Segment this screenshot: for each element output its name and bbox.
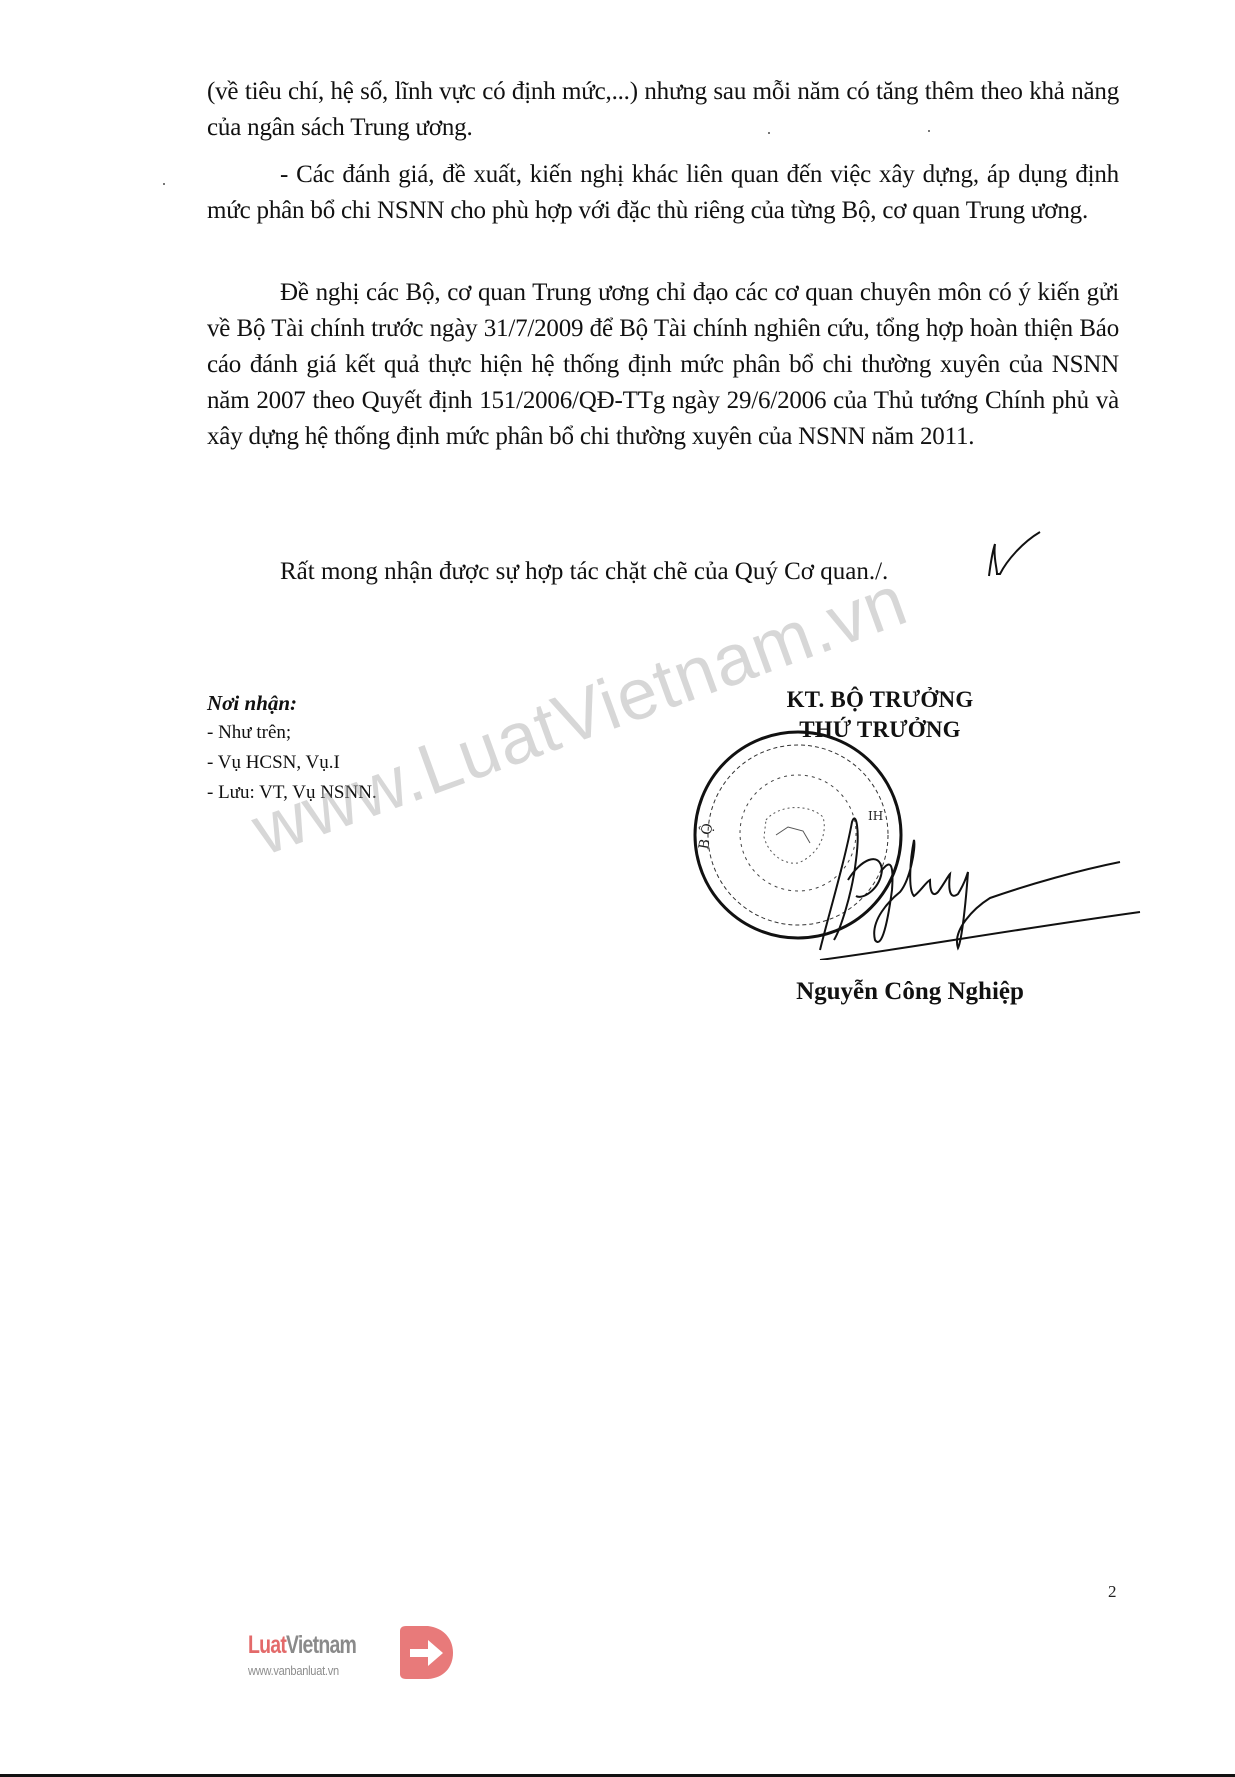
arrow-right-icon [398,1625,454,1680]
body-paragraph: - Các đánh giá, đề xuất, kiến nghị khác … [207,157,1119,229]
document-page: (về tiêu chí, hệ số, lĩnh vực có định mứ… [0,0,1235,1777]
paragraph-text: - Các đánh giá, đề xuất, kiến nghị khác … [207,157,1119,229]
signer-authority: KT. BỘ TRƯỞNG [740,685,1020,715]
recipients-title: Nơi nhận: [207,688,377,718]
scan-artifact [768,132,770,134]
paragraph-text: (về tiêu chí, hệ số, lĩnh vực có định mứ… [207,74,1119,146]
paragraph-text: Đề nghị các Bộ, cơ quan Trung ương chỉ đ… [207,275,1119,455]
luatvietnam-logo[interactable]: LuatVietnam www.vanbanluat.vn [248,1625,458,1683]
handwritten-signature-icon [790,800,1150,960]
svg-text:B Ộ: B Ộ [694,822,716,851]
recipient-item: - Như trên; [207,718,377,748]
logo-url: www.vanbanluat.vn [248,1663,339,1678]
scan-artifact [928,130,930,132]
signature-title-block: KT. BỘ TRƯỞNG THỨ TRƯỞNG [740,685,1020,745]
scan-artifact [163,183,165,185]
initial-mark-icon [985,530,1045,580]
signer-position: THỨ TRƯỞNG [740,715,1020,745]
closing-sentence: Rất mong nhận được sự hợp tác chặt chẽ c… [280,554,888,590]
body-paragraph: Đề nghị các Bộ, cơ quan Trung ương chỉ đ… [207,275,1119,455]
logo-brand: LuatVietnam [248,1631,356,1660]
page-number: 2 [1108,1582,1117,1602]
signer-name: Nguyễn Công Nghiệp [760,978,1060,1006]
body-paragraph: (về tiêu chí, hệ số, lĩnh vực có định mứ… [207,74,1119,146]
